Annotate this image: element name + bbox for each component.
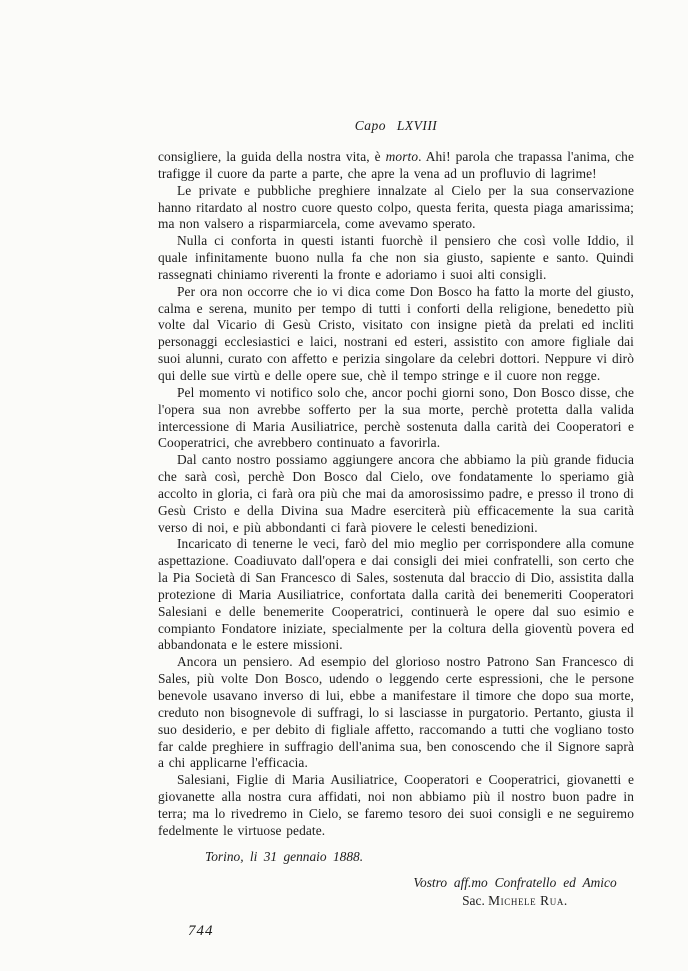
paragraph: Pel momento vi notifico solo che, ancor … [158, 385, 634, 452]
paragraph: Salesiani, Figlie di Maria Ausiliatrice,… [158, 772, 634, 839]
signature-block: Vostro aff.mo Confratello ed Amico Sac. … [404, 875, 626, 909]
paragraph: Nulla ci conforta in questi istanti fuor… [158, 233, 634, 284]
paragraph: Dal canto nostro possiamo aggiungere anc… [158, 452, 634, 536]
signature-name: Michele Rua. [488, 893, 568, 908]
paragraph: Ancora un pensiero. Ad esempio del glori… [158, 654, 634, 772]
body-text: consigliere, la guida della nostra vita,… [158, 149, 634, 840]
signature-title: Sac. [462, 893, 488, 908]
paragraph: Le private e pubbliche preghiere innalza… [158, 183, 634, 234]
chapter-header: Capo LXVIII [158, 118, 634, 134]
page-number: 744 [188, 923, 634, 940]
paragraph: Per ora non occorre che io vi dica come … [158, 284, 634, 385]
signature-closing: Vostro aff.mo Confratello ed Amico [404, 875, 626, 891]
paragraph: consigliere, la guida della nostra vita,… [158, 149, 634, 183]
book-page: Capo LXVIII consigliere, la guida della … [0, 0, 688, 971]
dateline: Torino, li 31 gennaio 1888. [205, 849, 634, 865]
text-block: Capo LXVIII consigliere, la guida della … [158, 118, 634, 940]
paragraph: Incaricato di tenerne le veci, farò del … [158, 536, 634, 654]
signature-name-line: Sac. Michele Rua. [404, 893, 626, 909]
